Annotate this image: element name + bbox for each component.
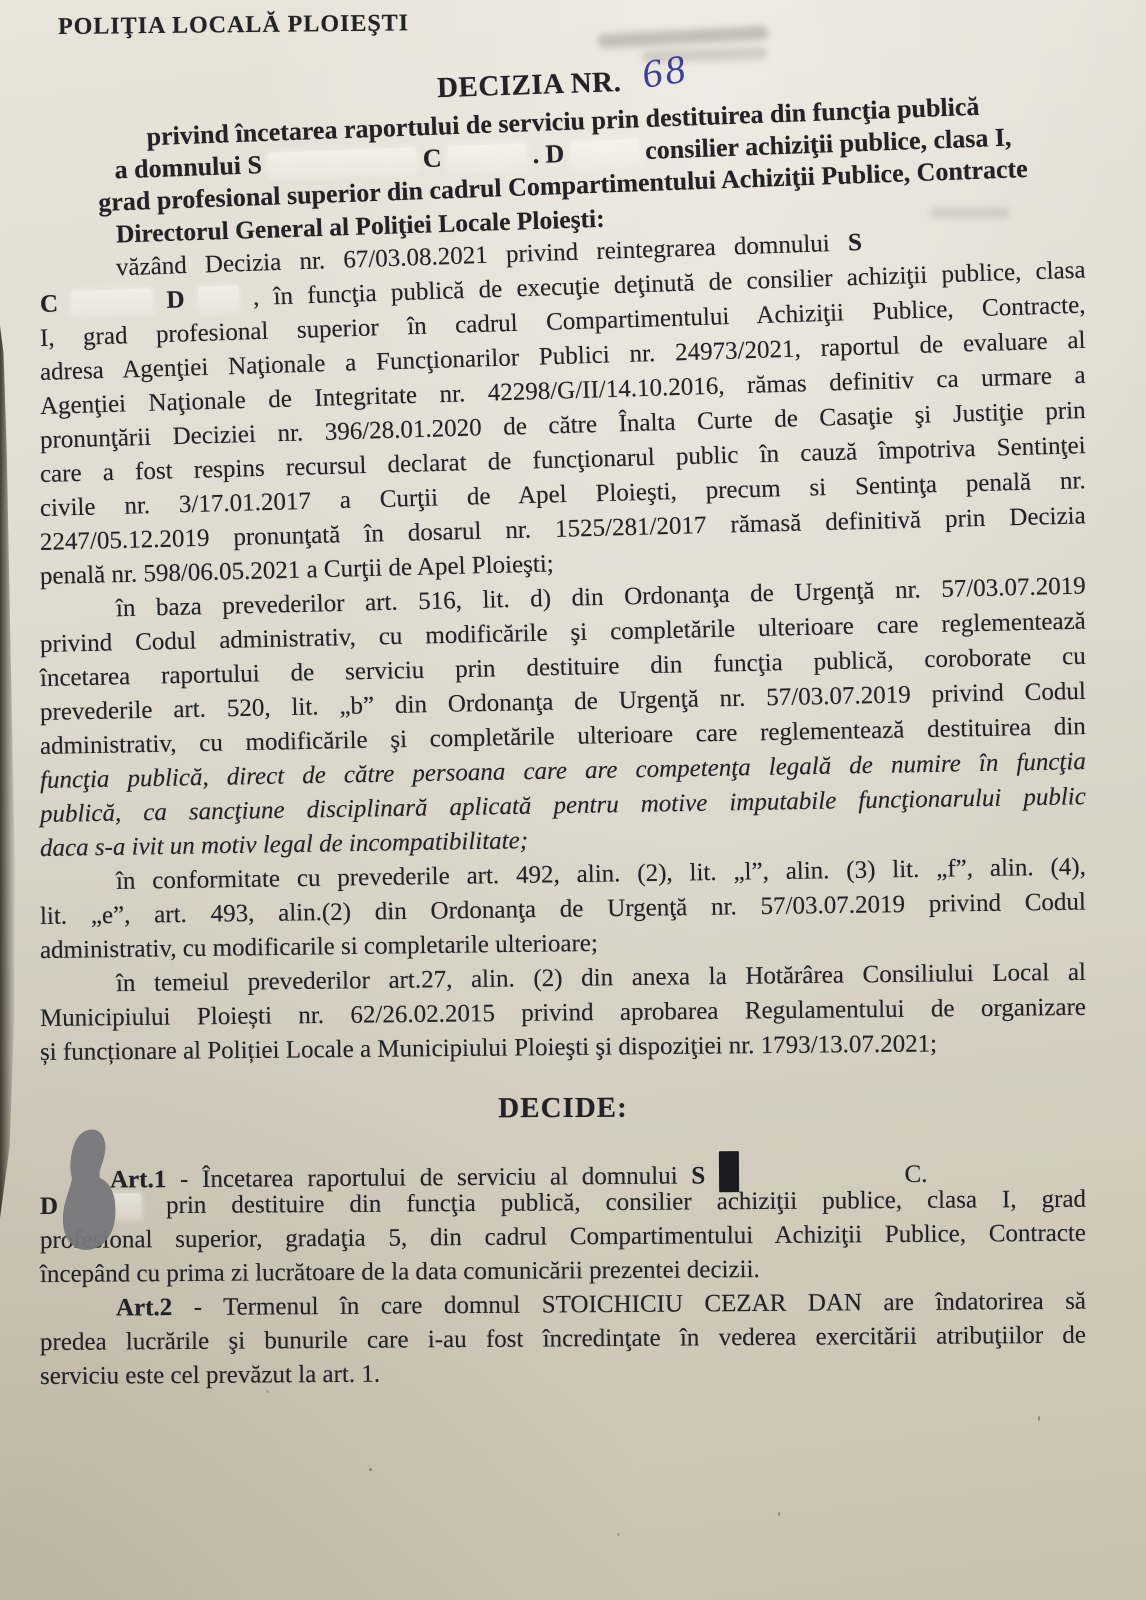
dust-speck (1038, 1416, 1040, 1421)
text-run: prin destituire din funcţia publică, con… (166, 1186, 1086, 1219)
erased-redaction-area (72, 288, 153, 316)
text-run: predea lucrările şi bunurile care i-au f… (40, 1322, 1086, 1356)
text-run: C (422, 143, 442, 173)
text-run: POLIŢIA LOCALĂ PLOIEŞTI (58, 10, 409, 40)
text-run: Municipiului Ploiești nr. 62/26.02.2015 … (40, 994, 1086, 1032)
text-run: profesional superior, gradaţia 5, din ca… (40, 1220, 1086, 1254)
text-run: administrativ, cu modificarile si comple… (40, 930, 598, 964)
dust-speck (778, 1512, 780, 1516)
text-run: în temeiul prevederilor art.27, alin. (2… (116, 959, 1086, 997)
scanned-document-page: POLIŢIA LOCALĂ PLOIEŞTI DECIZIA NR. 68 p… (0, 0, 1146, 1600)
document-lines: POLIŢIA LOCALĂ PLOIEŞTI DECIZIA NR. 68 p… (0, 0, 1146, 1394)
decide-heading: DECIDE: (40, 1084, 1086, 1133)
text-run: și funcționare al Poliției Locale a Muni… (40, 1030, 937, 1066)
text-run: Art.2 (116, 1294, 172, 1321)
blank-gap (753, 1172, 891, 1183)
erased-redaction-area (268, 147, 417, 177)
dust-speck (617, 1533, 620, 1536)
org-header: POLIŢIA LOCALĂ PLOIEŞTI (58, 0, 1086, 44)
dust-speck (266, 1390, 269, 1393)
erased-redaction-area (198, 285, 239, 311)
article2-line: serviciu este cel prevăzut la art. 1. (40, 1353, 1086, 1394)
text-run: daca s-a ivit un motiv legal de incompat… (40, 827, 528, 862)
text-run: - Termenul în care domnul STOICHICIU CEZ… (194, 1288, 1086, 1321)
text-run: a domnului S (114, 150, 262, 184)
redaction-scribble (60, 1126, 118, 1252)
text-run: serviciu este cel prevăzut la art. 1. (40, 1361, 380, 1390)
text-run: D (40, 1193, 58, 1220)
text-run: D (166, 286, 185, 314)
text-run: C (40, 290, 59, 318)
text-run: începând cu prima zi lucrătoare de la da… (40, 1256, 760, 1288)
handwritten-decision-number: 68 (639, 48, 691, 95)
dust-speck (369, 1468, 372, 1471)
erased-redaction-area (448, 143, 527, 171)
text-run: S (847, 229, 862, 256)
text-run: DECIZIA NR. (437, 66, 622, 104)
erased-redaction-area (570, 139, 639, 166)
text-run: DECIDE: (498, 1092, 628, 1125)
text-run: . D (532, 139, 565, 169)
